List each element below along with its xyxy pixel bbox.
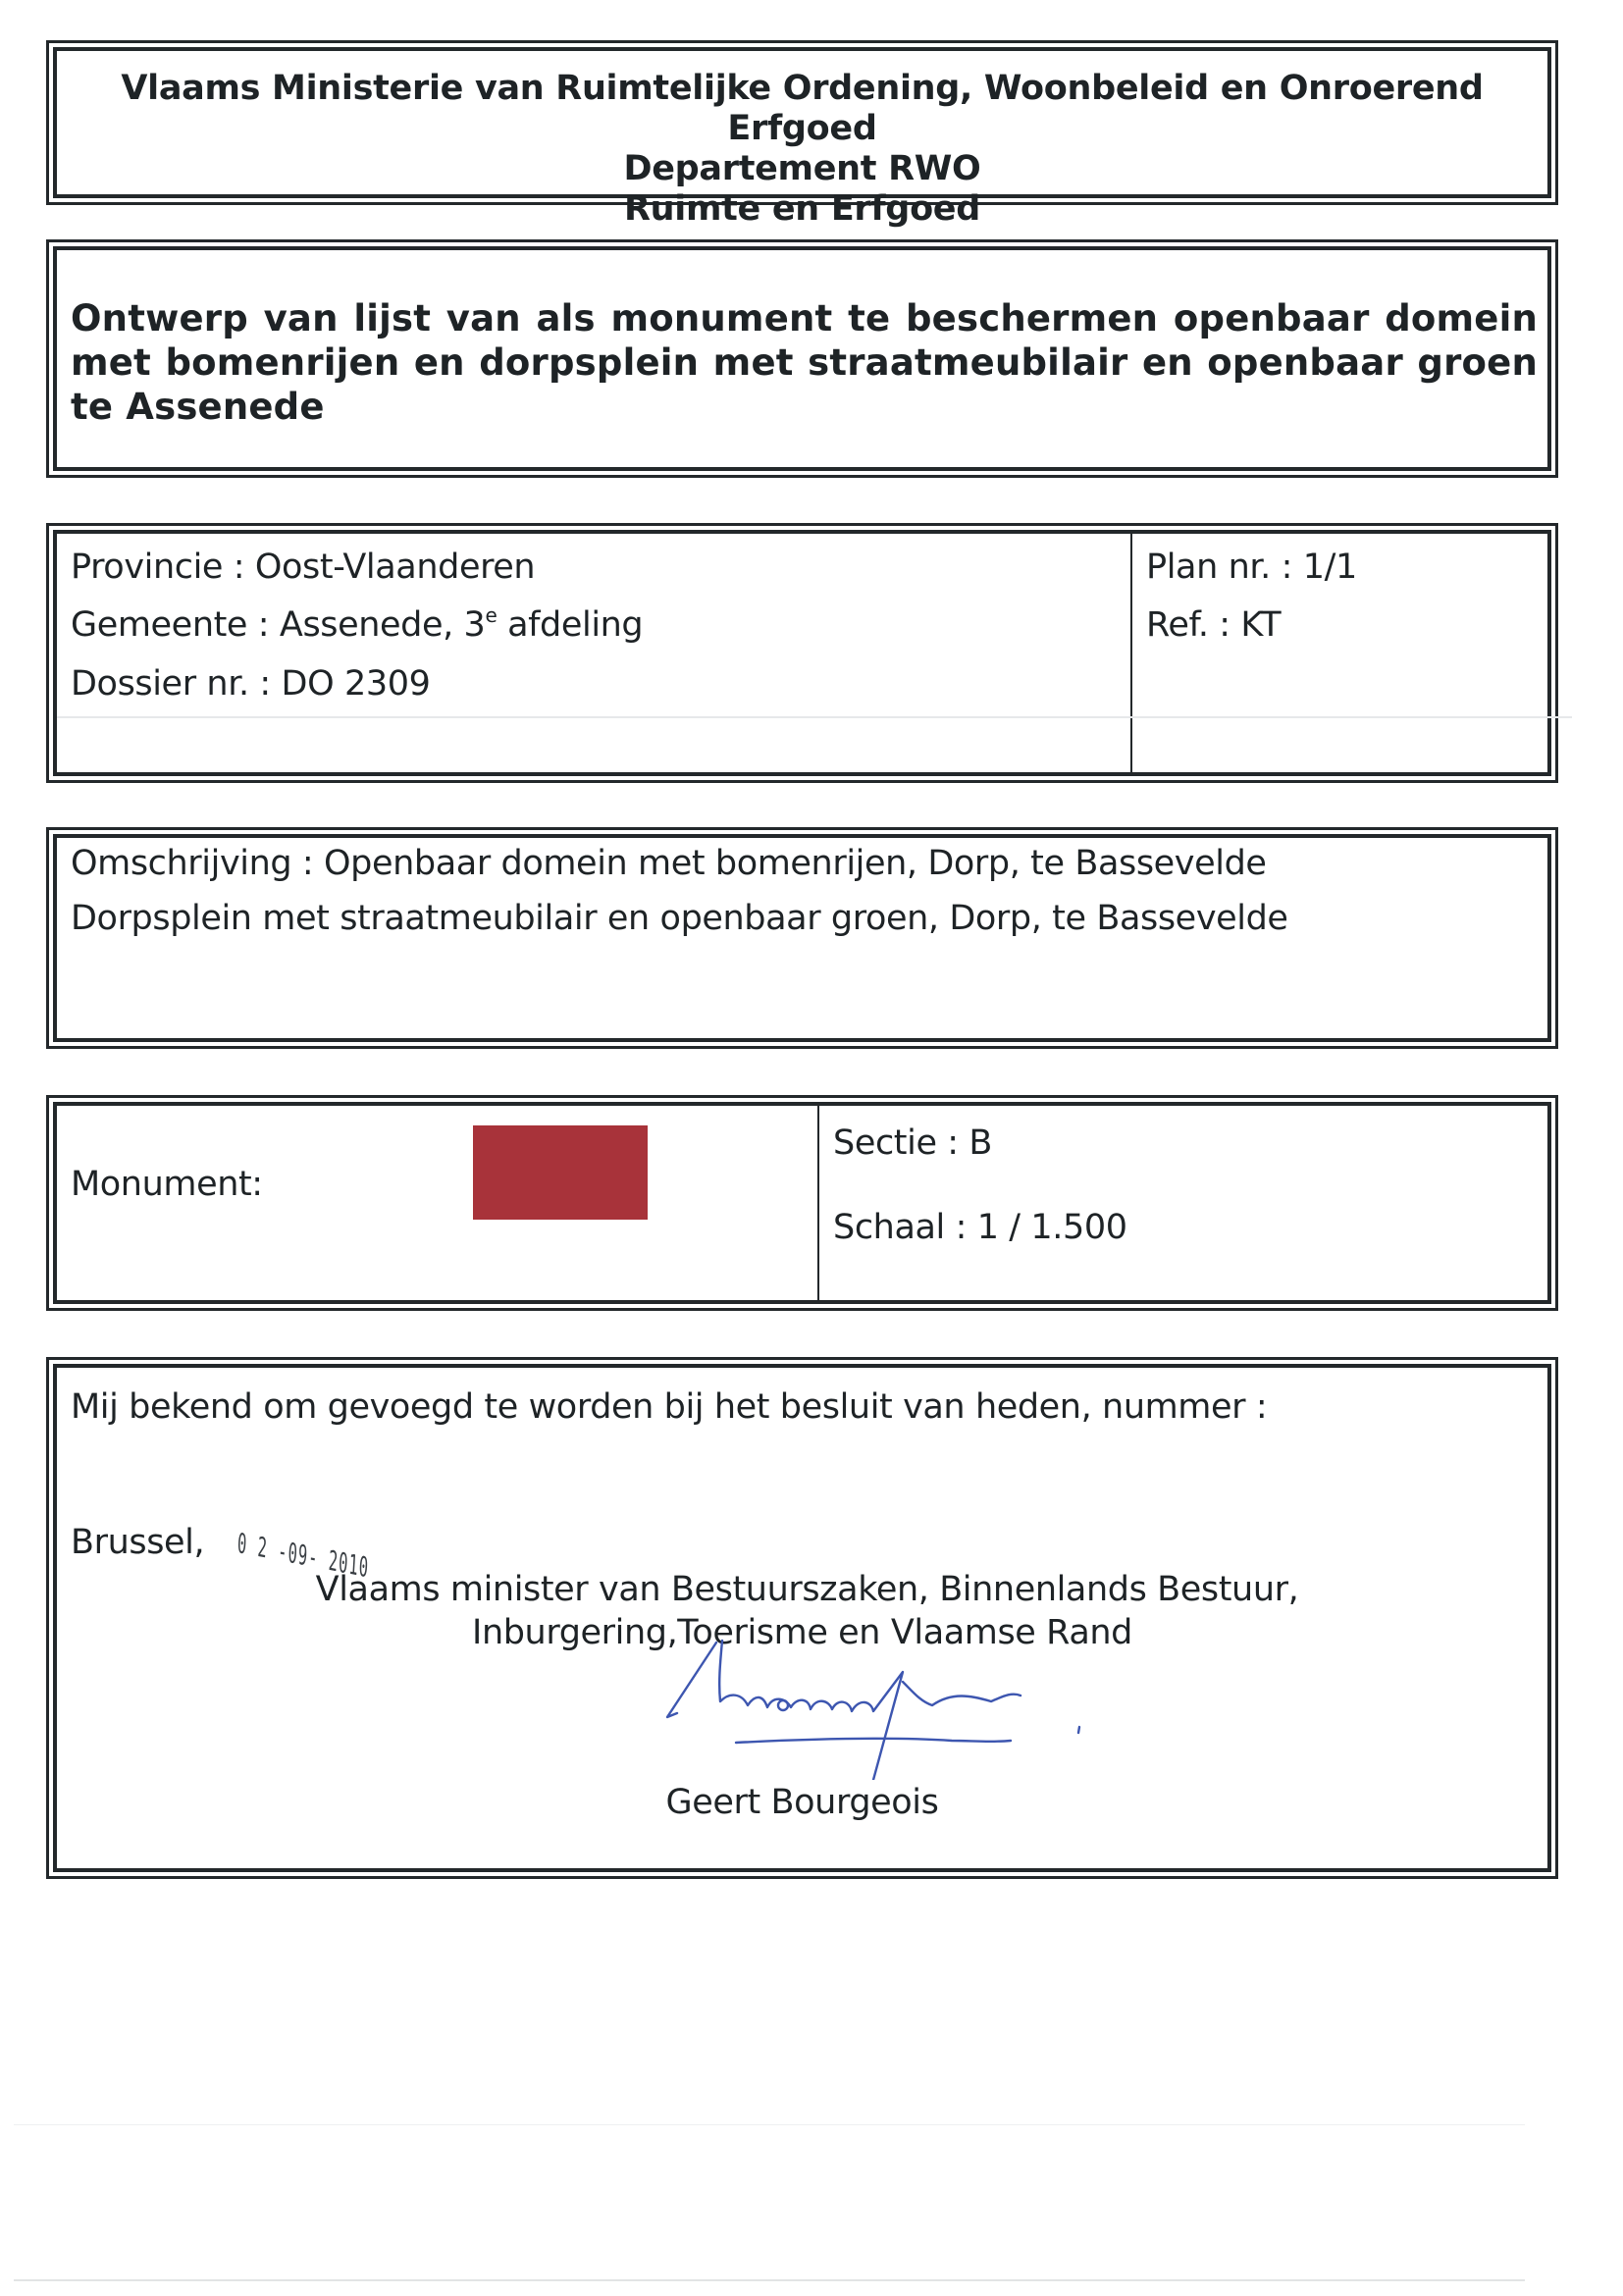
dossier-field: Dossier nr. : DO 2309 xyxy=(71,664,430,704)
legend-column: Monument: xyxy=(57,1106,819,1300)
ministry-header: Vlaams Ministerie van Ruimtelijke Ordeni… xyxy=(46,40,1558,205)
reference-field: Ref. : KT xyxy=(1146,605,1281,645)
scan-artifact-line xyxy=(14,2124,1525,2125)
document-title: Ontwerp van lijst van als monument te be… xyxy=(53,246,1551,471)
schaal-field: Schaal : 1 / 1.500 xyxy=(833,1208,1127,1247)
scan-artifact-line xyxy=(14,2279,1525,2281)
signatory-name: Geert Bourgeois xyxy=(57,1783,1547,1822)
document-title-box: Ontwerp van lijst van als monument te be… xyxy=(46,239,1558,478)
plan-number-field: Plan nr. : 1/1 xyxy=(1146,548,1357,587)
location-column: Provincie : Oost-Vlaanderen Gemeente : A… xyxy=(57,534,1132,772)
approval-statement: Mij bekend om gevoegd te worden bij het … xyxy=(71,1387,1267,1427)
gemeente-field: Gemeente : Assenede, 3e afdeling xyxy=(71,605,643,645)
minister-title-line-1: Vlaams minister van Bestuurszaken, Binne… xyxy=(57,1570,1547,1609)
description-box: Omschrijving : Openbaar domein met bomen… xyxy=(46,827,1558,1049)
plan-column: Plan nr. : 1/1 Ref. : KT xyxy=(1132,534,1547,772)
sectie-field: Sectie : B xyxy=(833,1123,992,1163)
place-label: Brussel, xyxy=(71,1523,204,1562)
monument-label: Monument: xyxy=(71,1165,263,1204)
section-scale-column: Sectie : B Schaal : 1 / 1.500 xyxy=(819,1106,1547,1300)
monument-color-swatch xyxy=(473,1125,648,1220)
division-name: Ruimte en Erfgoed xyxy=(57,189,1547,230)
description-line-1: Omschrijving : Openbaar domein met bomen… xyxy=(71,844,1267,883)
location-info-box: Provincie : Oost-Vlaanderen Gemeente : A… xyxy=(46,523,1558,783)
provincie-field: Provincie : Oost-Vlaanderen xyxy=(71,548,535,587)
department-name: Departement RWO xyxy=(57,149,1547,189)
signature-box: Mij bekend om gevoegd te worden bij het … xyxy=(46,1357,1558,1879)
ministry-name: Vlaams Ministerie van Ruimtelijke Ordeni… xyxy=(57,69,1547,149)
legend-box: Monument: Sectie : B Schaal : 1 / 1.500 xyxy=(46,1095,1558,1311)
handwritten-signature-icon xyxy=(657,1633,1148,1780)
description-line-2: Dorpsplein met straatmeubilair en openba… xyxy=(71,899,1288,938)
